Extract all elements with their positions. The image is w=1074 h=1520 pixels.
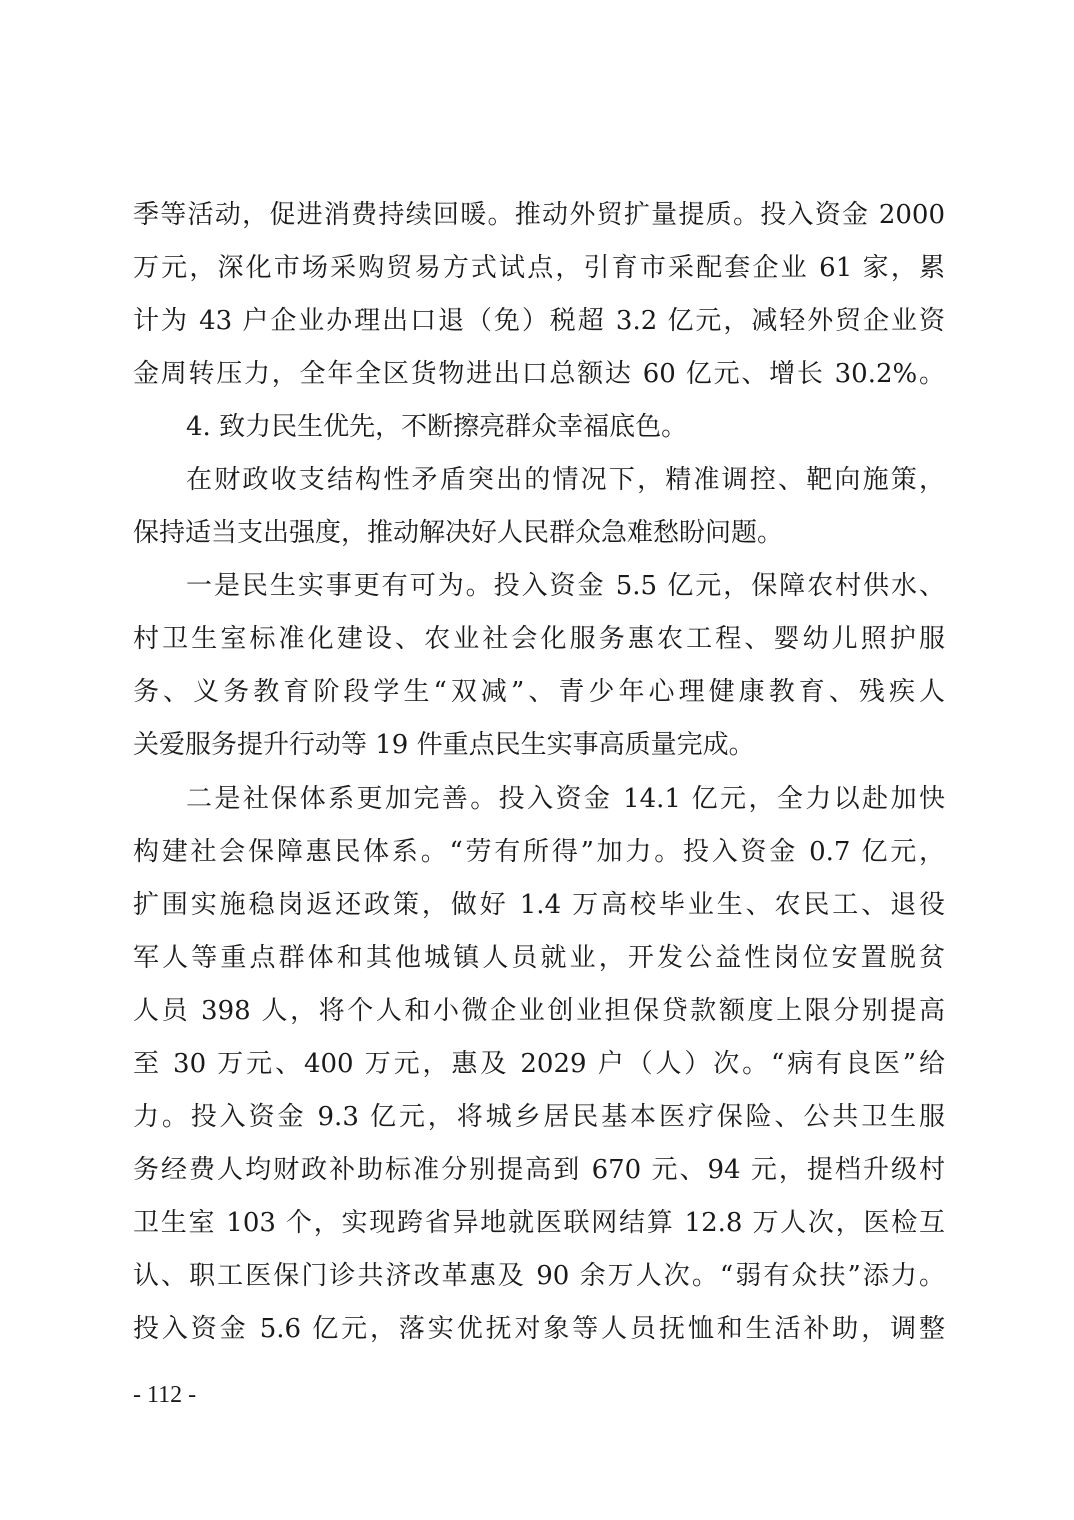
text-line: 金周转压力，全年全区货物进出口总额达 60 亿元、增长 30.2%。: [133, 354, 945, 394]
text-line: 至 30 万元、400 万元，惠及 2029 户（人）次。“病有良医”给: [133, 1044, 945, 1084]
page-number: - 112 -: [133, 1378, 196, 1412]
text-line: 在财政收支结构性矛盾突出的情况下，精准调控、靶向施策，: [186, 460, 945, 500]
text-line: 人员 398 人，将个人和小微企业创业担保贷款额度上限分别提高: [133, 991, 945, 1031]
text-line: 卫生室 103 个，实现跨省异地就医联网结算 12.8 万人次，医检互: [133, 1203, 945, 1243]
section-heading: 4. 致力民生优先，不断擦亮群众幸福底色。: [186, 407, 945, 447]
text-line: 保持适当支出强度，推动解决好人民群众急难愁盼问题。: [133, 513, 945, 553]
text-line: 扩围实施稳岗返还政策，做好 1.4 万高校毕业生、农民工、退役: [133, 885, 945, 925]
text-line: 军人等重点群体和其他城镇人员就业，开发公益性岗位安置脱贫: [133, 938, 945, 978]
text-line: 务、义务教育阶段学生“双减”、青少年心理健康教育、残疾人: [133, 672, 945, 712]
text-line: 二是社保体系更加完善。投入资金 14.1 亿元，全力以赴加快: [186, 779, 945, 819]
text-line: 计为 43 户企业办理出口退（免）税超 3.2 亿元，减轻外贸企业资: [133, 301, 945, 341]
text-line: 投入资金 5.6 亿元，落实优抚对象等人员抚恤和生活补助，调整: [133, 1309, 945, 1349]
text-line: 关爱服务提升行动等 19 件重点民生实事高质量完成。: [133, 725, 945, 765]
text-line: 一是民生实事更有可为。投入资金 5.5 亿元，保障农村供水、: [186, 566, 945, 606]
text-line: 务经费人均财政补助标准分别提高到 670 元、94 元，提档升级村: [133, 1150, 945, 1190]
text-line: 季等活动，促进消费持续回暖。推动外贸扩量提质。投入资金 2000: [133, 195, 945, 235]
text-line: 构建社会保障惠民体系。“劳有所得”加力。投入资金 0.7 亿元，: [133, 832, 945, 872]
text-line: 万元，深化市场采购贸易方式试点，引育市采配套企业 61 家，累: [133, 248, 945, 288]
document-page: 季等活动，促进消费持续回暖。推动外贸扩量提质。投入资金 2000 万元，深化市场…: [0, 0, 1074, 1520]
text-line: 村卫生室标准化建设、农业社会化服务惠农工程、婴幼儿照护服: [133, 619, 945, 659]
text-line: 力。投入资金 9.3 亿元，将城乡居民基本医疗保险、公共卫生服: [133, 1097, 945, 1137]
text-line: 认、职工医保门诊共济改革惠及 90 余万人次。“弱有众扶”添力。: [133, 1256, 945, 1296]
